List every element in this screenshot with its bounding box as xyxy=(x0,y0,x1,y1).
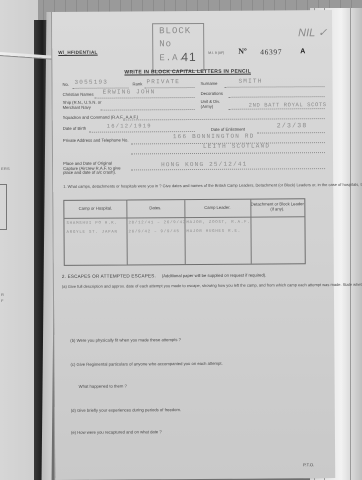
capture-label: Place and Date of Original Capture (Airc… xyxy=(63,161,125,175)
table-cell-camp: SHAMSHUI PO H.K. xyxy=(66,222,117,226)
table-cell-camp: ARGYLE ST. JAPAN xyxy=(67,231,118,235)
table-cell-dates: 28/12/41 – 26/9/42 xyxy=(128,221,186,225)
section1-question: 1. What camps, detachments or hospitals … xyxy=(63,182,321,189)
questionnaire-form: W/_HFIDENTIAL BLOCK No E.A. 41 M.I. 9 (A… xyxy=(52,10,335,480)
unit-label: Unit & Div. (Army) xyxy=(201,100,223,109)
table-header-dates: Dates. xyxy=(126,205,184,210)
form-instruction: WRITE IN BLOCK CAPITAL LETTERS IN PENCIL xyxy=(124,69,251,76)
christian-names-value: ERWING JOHN xyxy=(103,88,156,95)
section2-note: (Additional paper will be supplied on re… xyxy=(162,273,267,279)
camps-table: Camp or Hospital. Dates. Camp Leader. De… xyxy=(63,198,305,266)
table-cell-camp-leader: MAJOR HUGHES R.E. xyxy=(187,230,241,234)
page-fragment-text: ERS xyxy=(1,166,10,171)
table-cell-dates: 26/9/42 – 9/9/45 xyxy=(129,230,180,234)
adjacent-document-left: ERS R F xyxy=(0,0,38,480)
christian-names-label: Christian Names xyxy=(63,92,94,97)
ship-label: Ship (R.N., U.S.N. or Merchant Navy xyxy=(63,101,105,110)
please-turn-over: P.T.O. xyxy=(303,462,314,467)
section2-question-c-followup: What happened to them ? xyxy=(79,383,127,388)
surname-label: Surname xyxy=(200,81,217,86)
nil-check-mark: NIL ✓ xyxy=(298,26,327,39)
serial-suffix: A xyxy=(300,48,305,55)
rank-value: PRIVATE xyxy=(146,78,180,85)
section2-question-a: (a) Give full description and approx. da… xyxy=(62,282,326,289)
block-number-handwritten: 41 xyxy=(181,50,196,64)
section2-question-c: (c) Give Regimental particulars of anyon… xyxy=(70,361,222,367)
number-label: No. xyxy=(62,82,69,87)
address-line-1: 166 BONNINGTON RD xyxy=(173,133,255,141)
enlistment-label: Date of Enlistment xyxy=(211,127,245,132)
section2-question-e: (e) How were you recaptured and on what … xyxy=(71,429,162,435)
table-header-camp-leader: Camp Leader. xyxy=(184,205,250,210)
number-sign: Nº xyxy=(238,47,246,56)
form-code: M.I. 9 (AF) xyxy=(208,51,224,55)
address-label: Private Address and Telephone No. xyxy=(63,137,129,142)
dob-label: Date of Birth xyxy=(63,126,86,131)
table-cell-camp-leader: MAJOR, ZOOST, R.A.F. xyxy=(186,221,250,225)
rank-label: Rank xyxy=(132,81,142,86)
service-number-value: 3055193 xyxy=(74,79,108,86)
classification-label: W/_HFIDENTIAL xyxy=(58,50,97,55)
section2-question-b: (b) Were you physically fit when you mad… xyxy=(70,337,181,343)
table-header-camp: Camp or Hospital. xyxy=(64,205,126,210)
serial-number: 46397 xyxy=(260,47,282,56)
enlistment-value: 2/3/38 xyxy=(277,122,308,129)
page-fragment-box xyxy=(0,184,7,230)
decorations-label: Decorations xyxy=(201,91,223,96)
block-stamp: BLOCK No E.A. 41 xyxy=(152,23,204,71)
section2-question-d: (d) Give briefly your experiences during… xyxy=(71,407,181,413)
dob-value: 16/12/1919 xyxy=(107,122,152,129)
surname-value: SMITH xyxy=(238,78,262,85)
address-line-2: LEITH SCOTLAND xyxy=(203,142,270,149)
page-fragment-text: F xyxy=(1,298,4,303)
table-header-detachment: Detachment or Block Leader (if any). xyxy=(250,202,304,212)
section2-title: 2. ESCAPES OR ATTEMPTED ESCAPES. xyxy=(62,273,156,279)
page-fragment-text: R xyxy=(1,292,4,297)
capture-value: HONG KONG 25/12/41 xyxy=(161,161,247,169)
